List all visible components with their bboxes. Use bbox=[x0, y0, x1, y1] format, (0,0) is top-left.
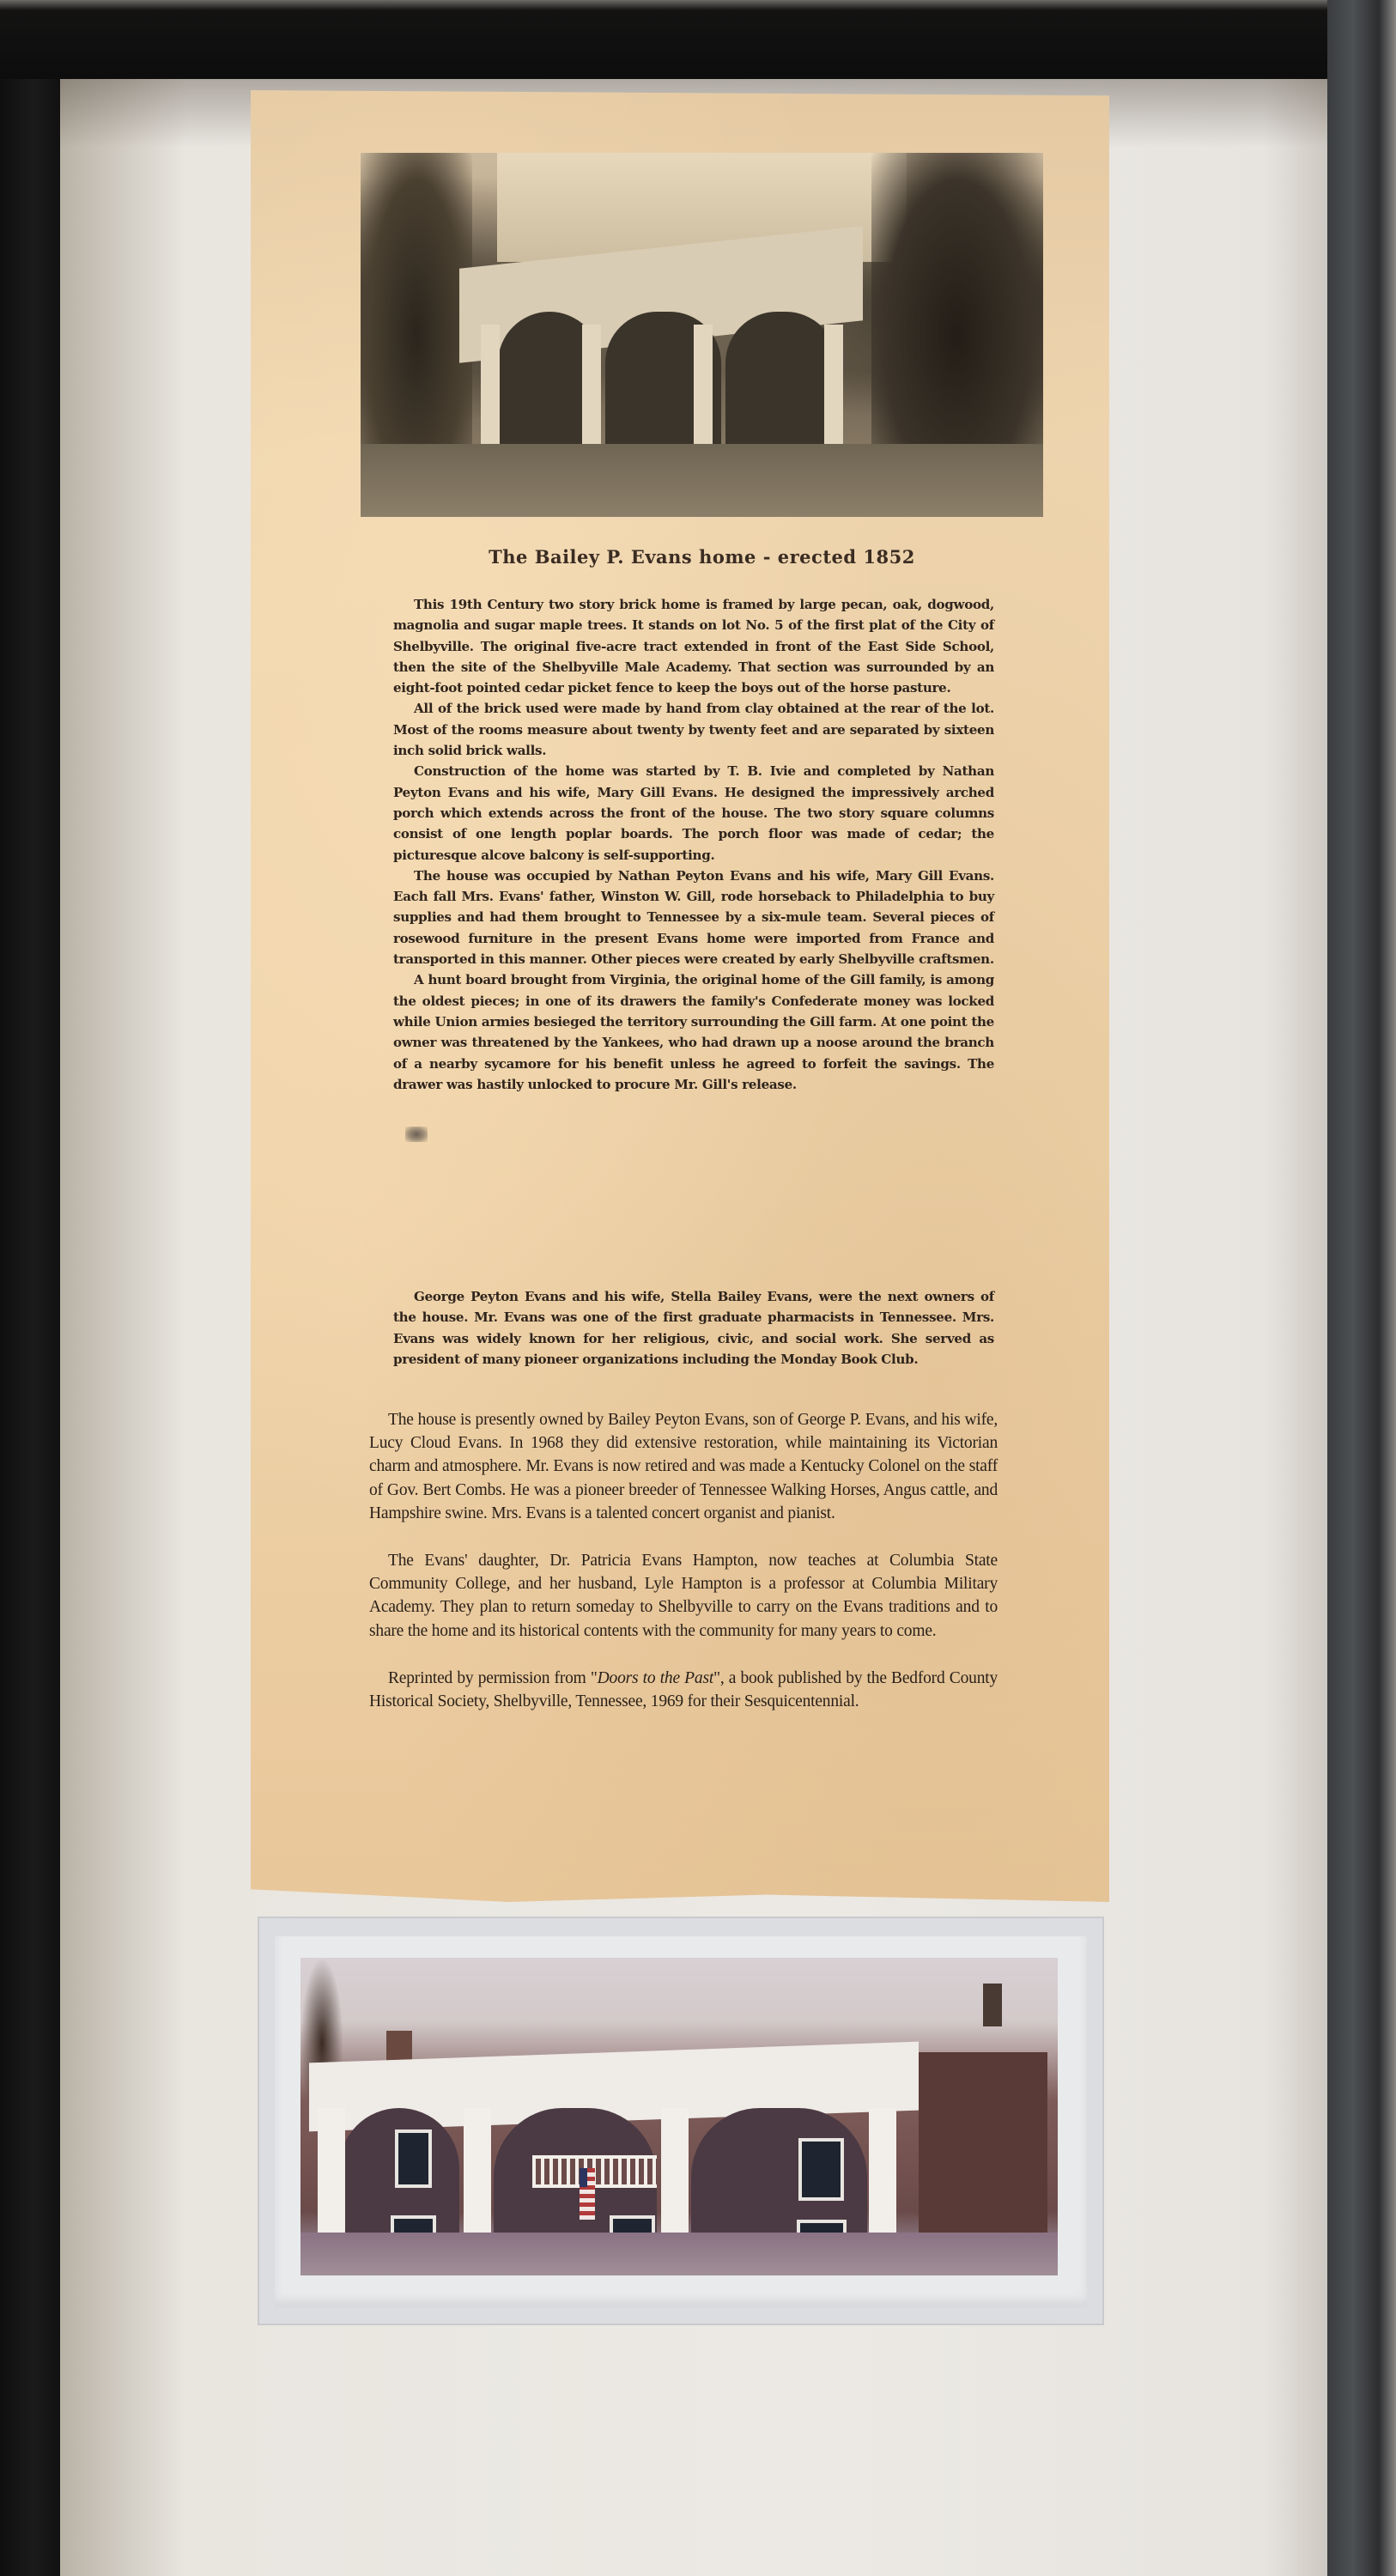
paragraph: Construction of the home was started by … bbox=[393, 761, 994, 865]
paragraph: A hunt board brought from Virginia, the … bbox=[393, 969, 994, 1095]
article-body-serif: The house is presently owned by Bailey P… bbox=[369, 1408, 998, 1737]
photo-caption: The Bailey P. Evans home - erected 1852 bbox=[361, 546, 1043, 568]
historic-house-photo bbox=[361, 153, 1043, 517]
paragraph: The house was occupied by Nathan Peyton … bbox=[393, 866, 994, 969]
frame-right-edge bbox=[1327, 0, 1396, 2576]
reprint-before: Reprinted by permission from " bbox=[388, 1669, 598, 1687]
paragraph: This 19th Century two story brick home i… bbox=[393, 594, 994, 698]
article-owners-paragraph: George Peyton Evans and his wife, Stella… bbox=[393, 1286, 994, 1370]
paragraph: All of the brick used were made by hand … bbox=[393, 698, 994, 761]
article-body-typewriter: This 19th Century two story brick home i… bbox=[393, 594, 994, 1095]
paragraph: George Peyton Evans and his wife, Stella… bbox=[393, 1286, 994, 1370]
paragraph: The house is presently owned by Bailey P… bbox=[369, 1408, 998, 1525]
window bbox=[798, 2138, 844, 2201]
window bbox=[395, 2129, 432, 2188]
book-title: Doors to the Past bbox=[598, 1669, 713, 1687]
front-yard bbox=[300, 2233, 1058, 2275]
american-flag bbox=[580, 2168, 595, 2220]
chimney bbox=[983, 1984, 1002, 2026]
photo-lawn bbox=[361, 444, 1043, 517]
color-house-photo bbox=[300, 1958, 1058, 2275]
reprint-credit: Reprinted by permission from "Doors to t… bbox=[369, 1667, 998, 1713]
paper-stain bbox=[405, 1127, 428, 1142]
paragraph: The Evans' daughter, Dr. Patricia Evans … bbox=[369, 1549, 998, 1643]
frame-top-edge bbox=[0, 0, 1396, 79]
